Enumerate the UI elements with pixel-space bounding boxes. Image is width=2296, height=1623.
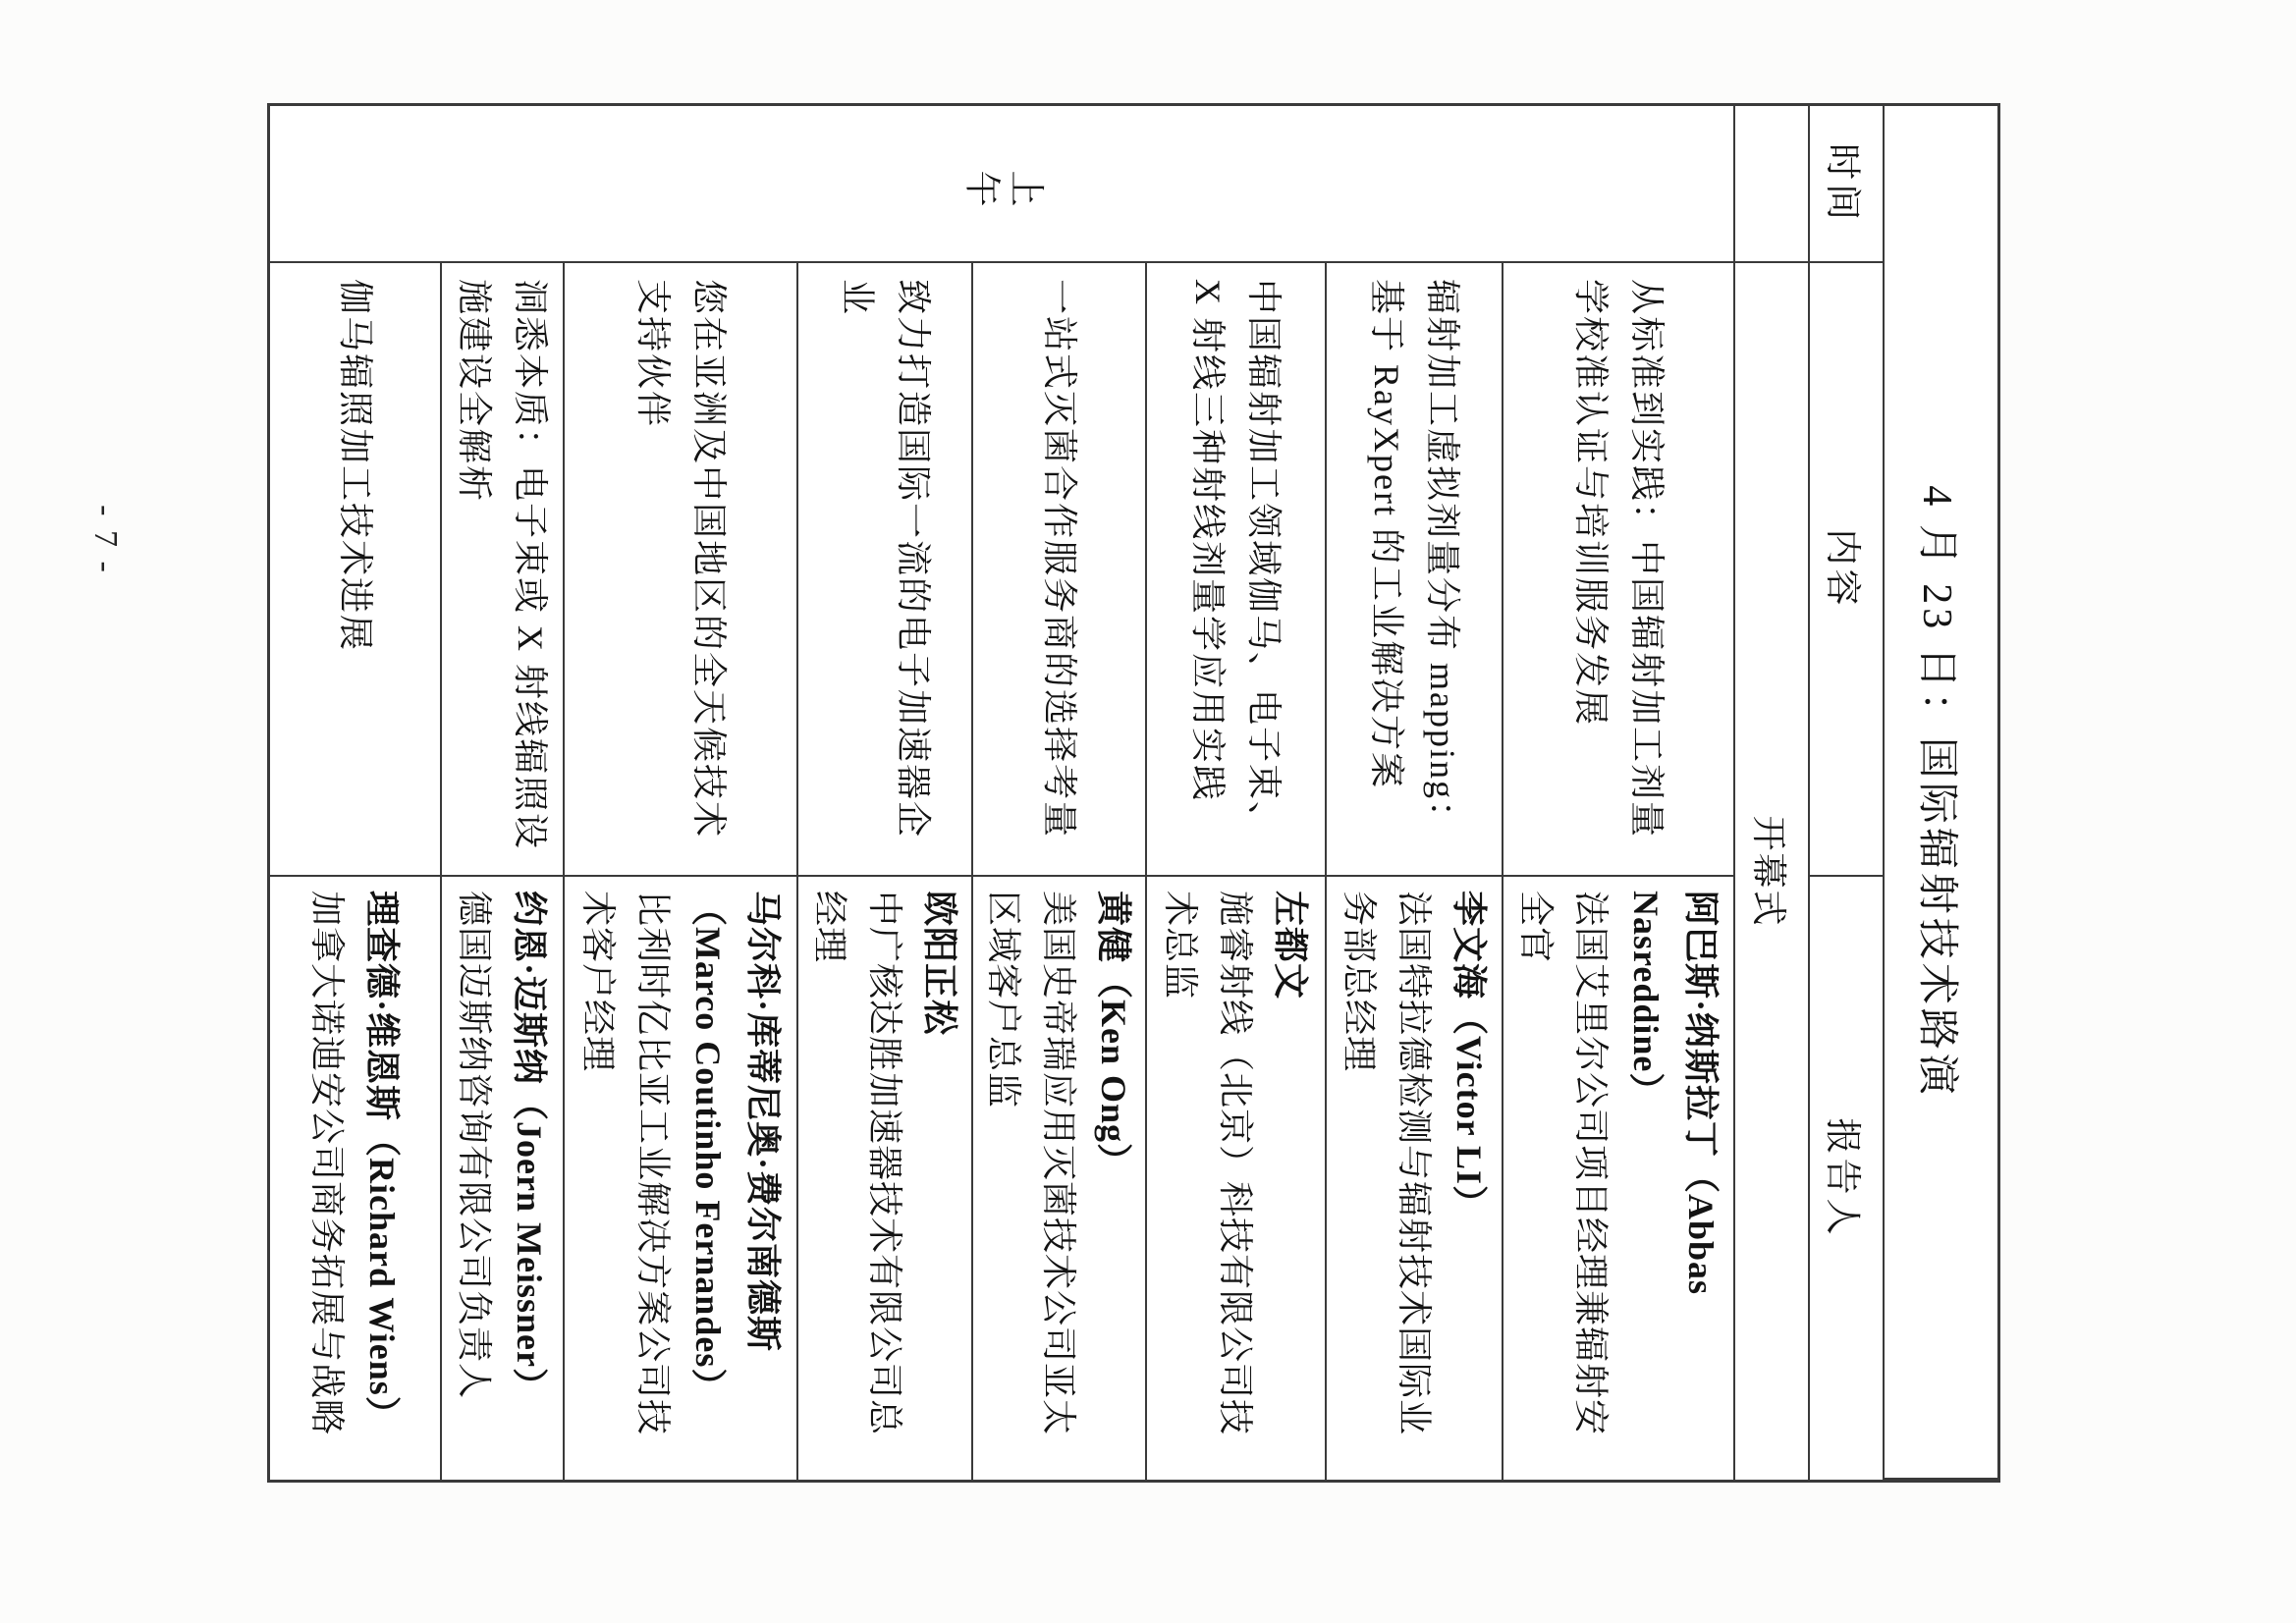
session-content: 洞悉本质：电子束或 X 射线辐照设施建设全解析 <box>440 263 563 877</box>
session-content: 伽马辐照加工技术进展 <box>270 263 440 877</box>
speaker-name: 阿巴斯·纳斯拉丁（Abbas Nasreddine） <box>1618 891 1728 1456</box>
session-content-text: 洞悉本质：电子束或 X 射线辐照设施建设全解析 <box>447 279 559 861</box>
speaker-cell: 黄健（Ken Ong） 美国史帝瑞应用灭菌技术公司亚太区域客户总监 <box>971 877 1145 1480</box>
rotated-document-sheet: 4 月 23 日：国际辐射技术路演 时间 内容 报告人 开幕式 上午 从标准到实… <box>0 0 2296 1623</box>
col-header-speaker: 报告人 <box>1808 877 1883 1480</box>
session-content-text: 伽马辐照加工技术进展 <box>327 279 383 652</box>
col-header-content-label: 内容 <box>1820 529 1873 610</box>
session-content-text: 一站式灭菌合作服务商的选择考量 <box>1031 279 1087 839</box>
speaker-name: 欧阳正松 <box>912 891 967 1036</box>
agenda-table: 4 月 23 日：国际辐射技术路演 时间 内容 报告人 开幕式 上午 从标准到实… <box>267 103 2000 1483</box>
session-content: 辐射加工虚拟剂量分布 mapping：基于 RayXpert 的工业解决方案 <box>1325 263 1502 877</box>
col-header-time-label: 时间 <box>1820 143 1873 224</box>
speaker-org: 法国艾里尔公司项目经理兼辐射安全官 <box>1508 891 1618 1456</box>
speaker-cell: 李文海（Victor LI） 法国特拉德检测与辐射技术国际业务部总经理 <box>1325 877 1502 1480</box>
speaker-org: 施睿射线（北京）科技有限公司技术总监 <box>1154 891 1264 1456</box>
session-content: 一站式灭菌合作服务商的选择考量 <box>971 263 1145 877</box>
speaker-org: 德国迈斯纳咨询有限公司负责人 <box>448 891 503 1399</box>
session-content: 从标准到实践：中国辐射加工剂量学校准认证与培训服务发展 <box>1502 263 1733 877</box>
session-content-text: 辐射加工虚拟剂量分布 mapping：基于 RayXpert 的工业解决方案 <box>1358 279 1470 861</box>
speaker-org: 中广核达胜加速器技术有限公司总经理 <box>802 891 912 1456</box>
session-content-text: 从标准到实践：中国辐射加工剂量学校准认证与培训服务发展 <box>1562 279 1674 861</box>
speaker-cell: 阿巴斯·纳斯拉丁（Abbas Nasreddine） 法国艾里尔公司项目经理兼辐… <box>1502 877 1733 1480</box>
speaker-org: 比利时亿比亚工业解决方案公司技术客户经理 <box>571 891 681 1456</box>
speaker-name: 左都文 <box>1264 891 1319 1000</box>
session-content: 致力打造国际一流的电子加速器企业 <box>796 263 971 877</box>
scanned-agenda-page: { "page": { "number_label": "- 7 -" }, "… <box>0 0 2296 1623</box>
speaker-name: 黄健（Ken Ong） <box>1087 891 1142 1179</box>
speaker-cell: 欧阳正松 中广核达胜加速器技术有限公司总经理 <box>796 877 971 1480</box>
speaker-name: 理查德·维恩斯（Richard Wiens） <box>355 891 410 1433</box>
speaker-org: 加拿大诺迪安公司商务拓展与战略 <box>301 891 355 1435</box>
speaker-org: 美国史帝瑞应用灭菌技术公司亚太区域客户总监 <box>977 891 1087 1456</box>
session-content-text: 致力打造国际一流的电子加速器企业 <box>829 279 941 861</box>
session-content-text: 中国辐射加工领域伽马、电子束、X 射线三种射线剂量学应用实践 <box>1180 279 1292 861</box>
speaker-name: 马尔科·库蒂尼奥·费尔南德斯（Marco Coutinho Fernandes） <box>681 891 791 1456</box>
speaker-cell: 约恩·迈斯纳（Joern Meissner） 德国迈斯纳咨询有限公司负责人 <box>440 877 563 1480</box>
speaker-org: 法国特拉德检测与辐射技术国际业务部总经理 <box>1332 891 1442 1456</box>
col-header-speaker-label: 报告人 <box>1820 1118 1873 1239</box>
col-header-time: 时间 <box>1808 106 1883 263</box>
page-title: 4 月 23 日：国际辐射技术路演 <box>1912 485 1971 1099</box>
page-number: - 7 - <box>86 442 124 638</box>
speaker-cell: 理查德·维恩斯（Richard Wiens） 加拿大诺迪安公司商务拓展与战略 <box>270 877 440 1480</box>
speaker-cell: 马尔科·库蒂尼奥·费尔南德斯（Marco Coutinho Fernandes）… <box>563 877 796 1480</box>
session-content: 中国辐射加工领域伽马、电子束、X 射线三种射线剂量学应用实践 <box>1145 263 1325 877</box>
speaker-name: 约恩·迈斯纳（Joern Meissner） <box>503 891 558 1404</box>
opening-ceremony-label: 开幕式 <box>1747 815 1797 927</box>
session-content-text: 您在亚洲及中国地区的全天候技术支持伙伴 <box>625 279 737 861</box>
speaker-cell: 左都文 施睿射线（北京）科技有限公司技术总监 <box>1145 877 1325 1480</box>
time-block-morning-cell: 上午 <box>270 106 1733 263</box>
session-content: 您在亚洲及中国地区的全天候技术支持伙伴 <box>563 263 796 877</box>
table-title-row: 4 月 23 日：国际辐射技术路演 <box>1883 106 1997 1480</box>
col-header-content: 内容 <box>1808 263 1883 877</box>
speaker-name: 李文海（Victor LI） <box>1442 891 1497 1221</box>
opening-time-cell <box>1733 106 1808 263</box>
opening-ceremony-cell: 开幕式 <box>1733 263 1808 1480</box>
time-block-morning-label: 上午 <box>957 157 1046 210</box>
